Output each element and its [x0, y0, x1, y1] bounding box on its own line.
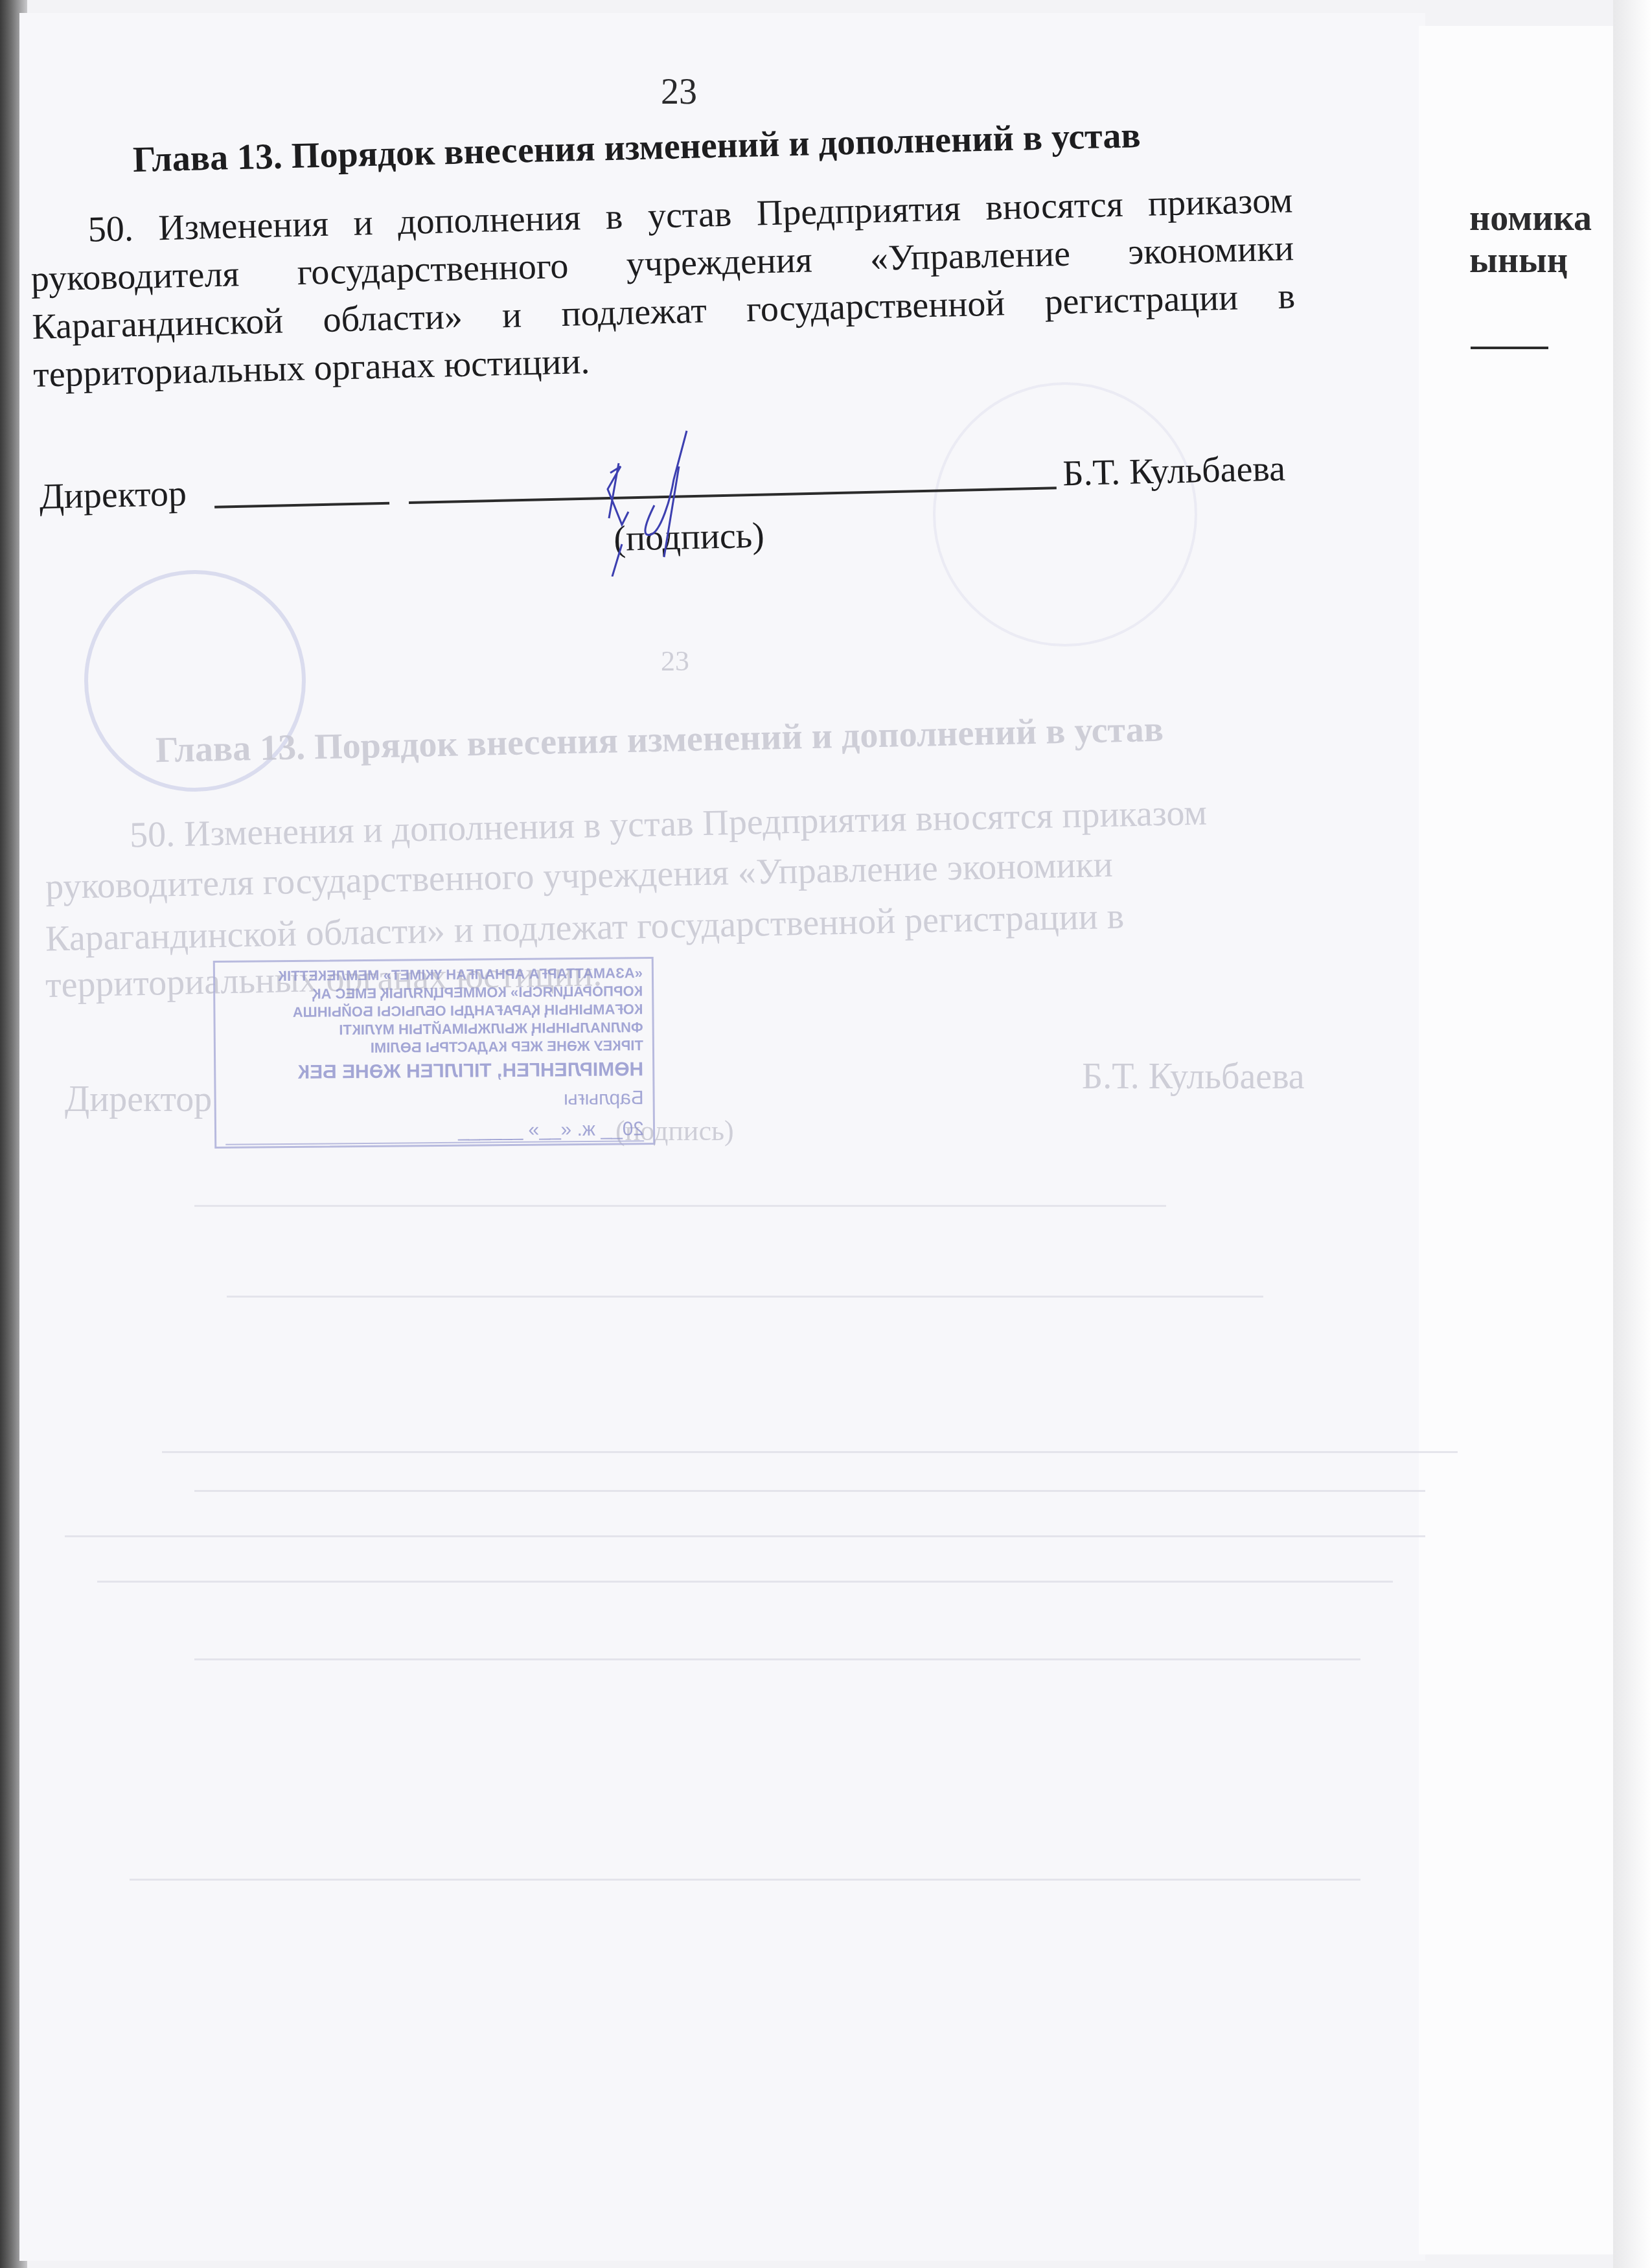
stamp-date-line: 20__ ж. «__» ______	[225, 1118, 644, 1145]
paragraph-text: 50. Изменения и дополнения в устав Предп…	[29, 176, 1297, 399]
ghost-signer-name: Б.Т. Кульбаева	[1082, 1056, 1305, 1097]
paragraph-50: 50. Изменения и дополнения в устав Предп…	[29, 176, 1297, 399]
ghost-page-number: 23	[661, 645, 689, 678]
signature-line-short	[214, 502, 389, 509]
fragment-underline	[1471, 347, 1548, 349]
director-label: Директор	[39, 473, 187, 518]
overlapping-sheet	[1419, 26, 1613, 2254]
stamp-count-label: Барлығы	[225, 1087, 644, 1113]
ghost-director-label: Директор	[65, 1079, 212, 1120]
handwritten-signature-icon	[583, 428, 816, 577]
stamp-heading: НӨМІРЛЕНГЕН, ТІГІЛГЕН ЖӘНЕ БЕК	[225, 1059, 643, 1084]
fragment-text: ының	[1469, 240, 1568, 281]
fragment-text: номика	[1469, 198, 1592, 239]
page-number: 23	[661, 71, 697, 113]
registration-stamp: «АЗАМАТТАРҒА АРНАЛҒАН ҮКІМЕТ» МЕМЛЕКЕТТІ…	[213, 957, 656, 1149]
scan-right-edge	[1613, 0, 1652, 2268]
stamp-line: ТІРКЕУ ЖӘНЕ ЖЕР КАДАСТРЫ БӨЛІМІ	[225, 1037, 643, 1059]
signer-name: Б.Т. Кульбаева	[1062, 448, 1286, 494]
